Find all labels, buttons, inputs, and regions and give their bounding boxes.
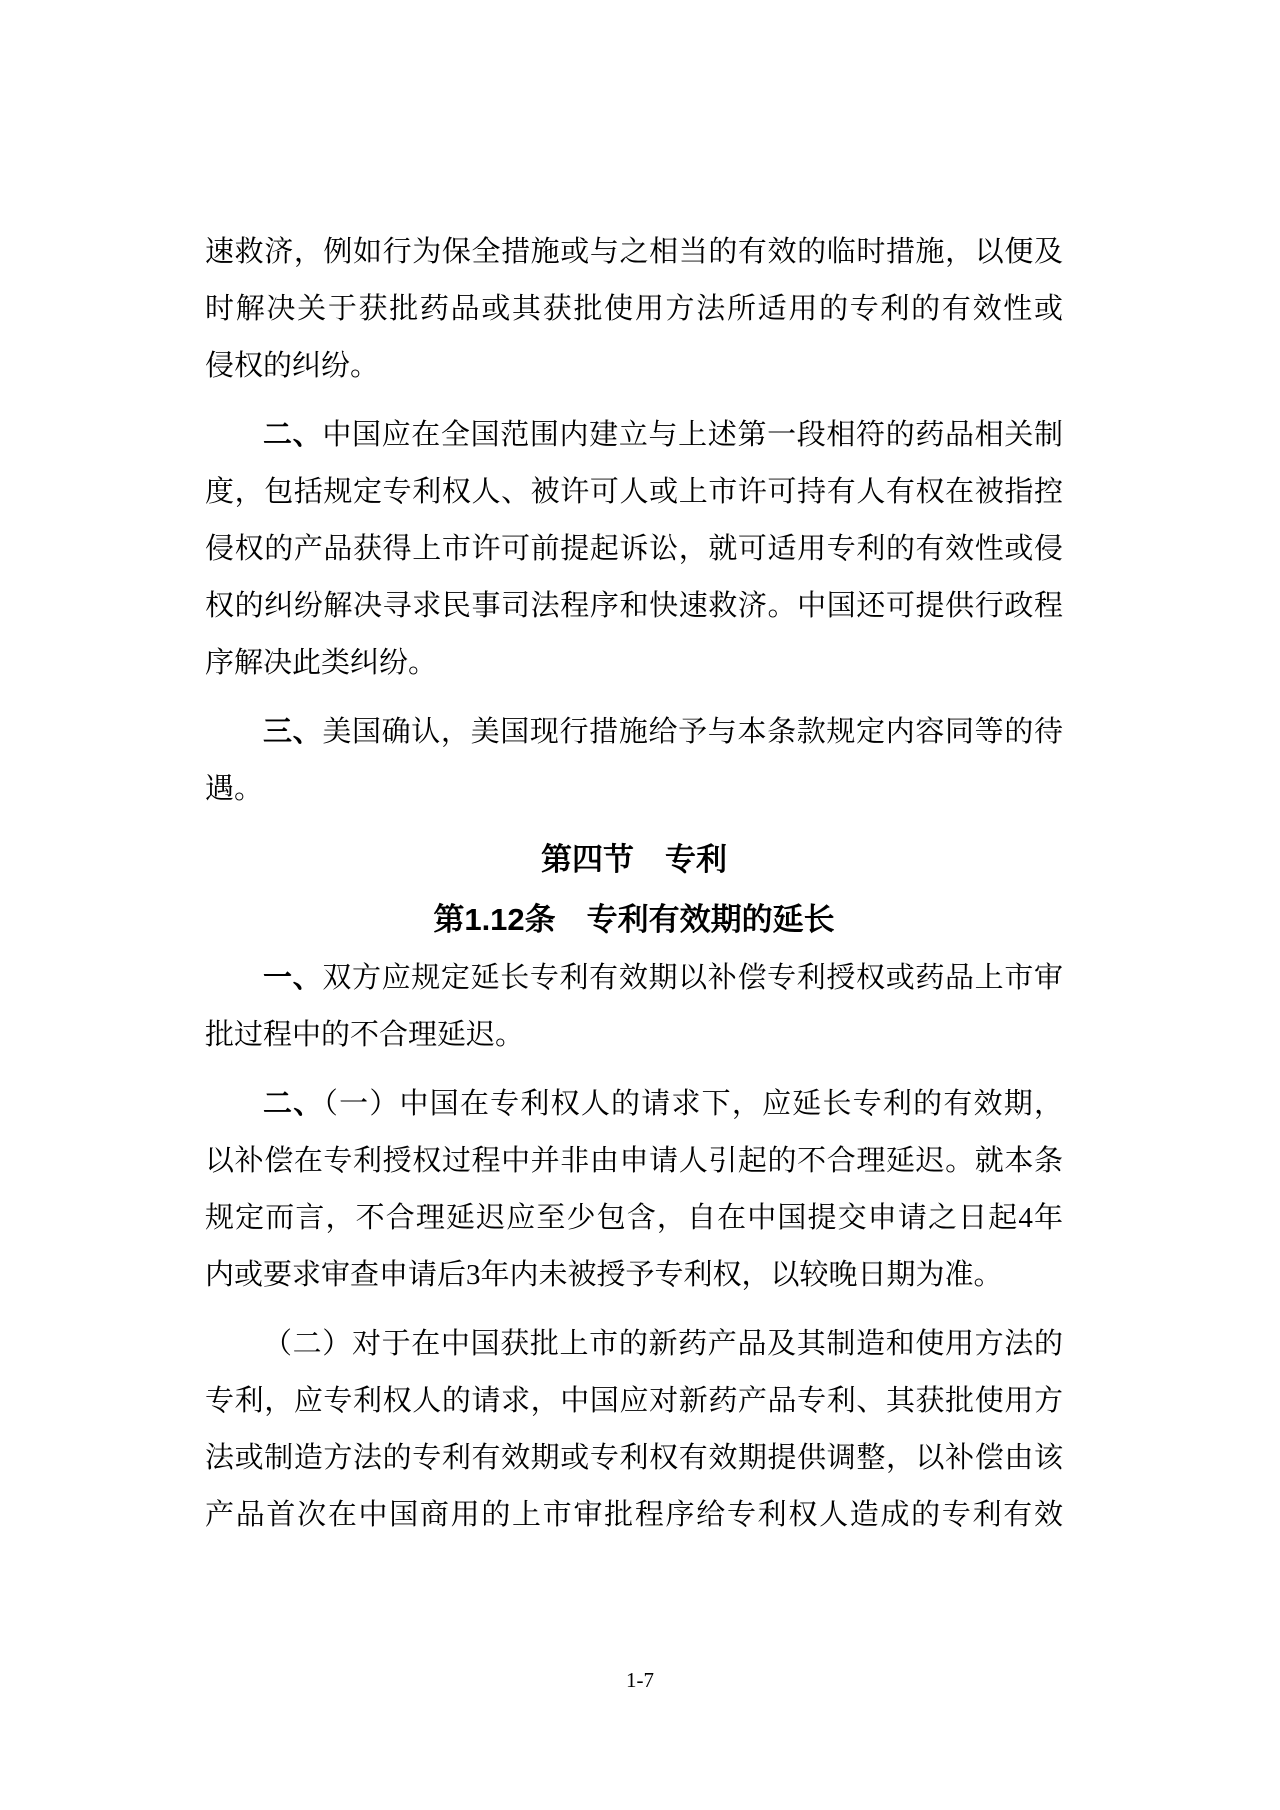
paragraph-number: 三、 — [263, 716, 322, 748]
text-line: 法或制造方法的专利有效期或专利权有效期提供调整，以补偿由该 — [205, 1430, 1063, 1487]
text-line: 侵权的产品获得上市许可前提起诉讼，就可适用专利的有效性或侵 — [205, 521, 1063, 578]
page-number: 1-7 — [0, 1668, 1280, 1692]
paragraph: 二、（一）中国在专利权人的请求下，应延长专利的有效期， 以补偿在专利授权过程中并… — [205, 1076, 1063, 1304]
text-line: 遇。 — [205, 761, 1063, 818]
text-line: 时解决关于获批药品或其获批使用方法所适用的专利的有效性或 — [205, 281, 1063, 338]
paragraph: （二）对于在中国获批上市的新药产品及其制造和使用方法的 专利，应专利权人的请求，… — [205, 1316, 1063, 1544]
text-line: 规定而言，不合理延迟应至少包含，自在中国提交申请之日起4年 — [205, 1190, 1063, 1247]
paragraph: 三、美国确认，美国现行措施给予与本条款规定内容同等的待 遇。 — [205, 704, 1063, 818]
text-line: 内或要求审查申请后3年内未被授予专利权，以较晚日期为准。 — [205, 1247, 1063, 1304]
text-line: 权的纠纷解决寻求民事司法程序和快速救济。中国还可提供行政程 — [205, 578, 1063, 635]
line-text: （一）中国在专利权人的请求下，应延长专利的有效期， — [323, 1088, 1063, 1120]
text-line: 度，包括规定专利权人、被许可人或上市许可持有人有权在被指控 — [205, 464, 1063, 521]
paragraph: 一、双方应规定延长专利有效期以补偿专利授权或药品上市审 批过程中的不合理延迟。 — [205, 950, 1063, 1064]
paragraph: 速救济，例如行为保全措施或与之相当的有效的临时措施，以便及 时解决关于获批药品或… — [205, 224, 1063, 395]
text-line: 以补偿在专利授权过程中并非由申请人引起的不合理延迟。就本条 — [205, 1133, 1063, 1190]
line-text: 美国确认，美国现行措施给予与本条款规定内容同等的待 — [322, 716, 1063, 748]
document-page: 速救济，例如行为保全措施或与之相当的有效的临时措施，以便及 时解决关于获批药品或… — [0, 0, 1280, 1810]
line-text: 中国应在全国范围内建立与上述第一段相符的药品相关制 — [322, 419, 1063, 451]
text-line: 二、中国应在全国范围内建立与上述第一段相符的药品相关制 — [205, 407, 1063, 464]
text-line: （二）对于在中国获批上市的新药产品及其制造和使用方法的 — [205, 1316, 1063, 1373]
text-line: 产品首次在中国商用的上市审批程序给专利权人造成的专利有效 — [205, 1487, 1063, 1544]
document-body: 速救济，例如行为保全措施或与之相当的有效的临时措施，以便及 时解决关于获批药品或… — [205, 224, 1063, 1556]
text-line: 专利，应专利权人的请求，中国应对新药产品专利、其获批使用方 — [205, 1373, 1063, 1430]
section-heading: 第四节 专利 — [205, 830, 1063, 890]
text-line: 序解决此类纠纷。 — [205, 635, 1063, 692]
text-line: 侵权的纠纷。 — [205, 338, 1063, 395]
text-line: 批过程中的不合理延迟。 — [205, 1007, 1063, 1064]
paragraph-number: 一、 — [263, 962, 322, 994]
paragraph-number: 二、 — [263, 419, 322, 451]
article-heading: 第1.12条 专利有效期的延长 — [205, 890, 1063, 950]
text-line: 速救济，例如行为保全措施或与之相当的有效的临时措施，以便及 — [205, 224, 1063, 281]
text-line: 三、美国确认，美国现行措施给予与本条款规定内容同等的待 — [205, 704, 1063, 761]
paragraph-number: 二、 — [263, 1088, 323, 1120]
text-line: 二、（一）中国在专利权人的请求下，应延长专利的有效期， — [205, 1076, 1063, 1133]
line-text: 双方应规定延长专利有效期以补偿专利授权或药品上市审 — [322, 962, 1063, 994]
paragraph: 二、中国应在全国范围内建立与上述第一段相符的药品相关制 度，包括规定专利权人、被… — [205, 407, 1063, 692]
text-line: 一、双方应规定延长专利有效期以补偿专利授权或药品上市审 — [205, 950, 1063, 1007]
